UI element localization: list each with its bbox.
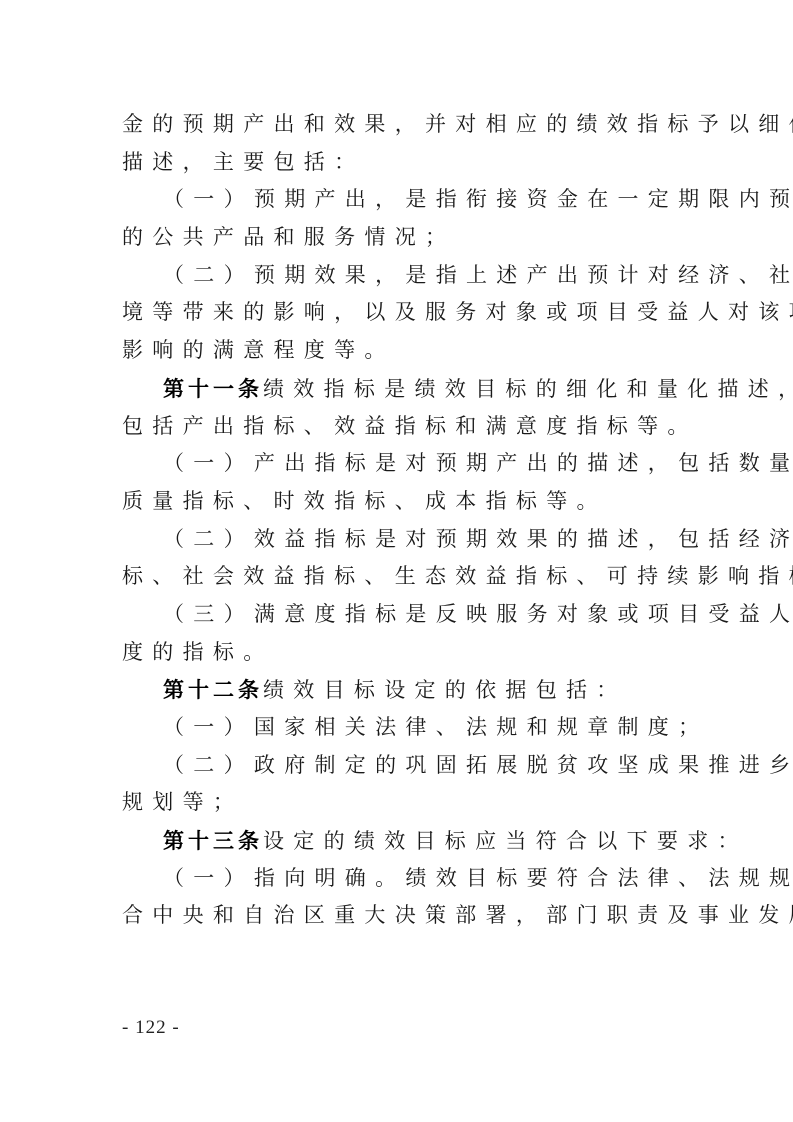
text-line: 标、社会效益指标、生态效益指标、可持续影响指标等。 — [122, 558, 682, 596]
text-line: 质量指标、时效指标、成本指标等。 — [122, 483, 682, 521]
article-heading-11: 第十一条绩效指标是绩效目标的细化和量化描述，主要 — [122, 370, 682, 408]
text-line: （一）国家相关法律、法规和规章制度； — [122, 709, 682, 747]
text-line: （一）预期产出，是指衔接资金在一定期限内预期提供 — [122, 181, 682, 219]
text-line: （二）政府制定的巩固拓展脱贫攻坚成果推进乡村振兴 — [122, 747, 682, 785]
text-line: 影响的满意程度等。 — [122, 332, 682, 370]
text-line: 金的预期产出和效果，并对相应的绩效指标予以细化、量化 — [122, 106, 682, 144]
article-number: 第十一条 — [163, 376, 263, 401]
text-line: （一）产出指标是对预期产出的描述，包括数量指标、 — [122, 445, 682, 483]
text-line: 度的指标。 — [122, 634, 682, 672]
text-line: （二）预期效果，是指上述产出预计对经济、社会、环 — [122, 257, 682, 295]
text-line: （二）效益指标是对预期效果的描述，包括经济效益指 — [122, 521, 682, 559]
page-number: - 122 - — [122, 1017, 180, 1039]
body-text: 金的预期产出和效果，并对相应的绩效指标予以细化、量化 描述，主要包括： （一）预… — [122, 106, 682, 935]
text-line: 描述，主要包括： — [122, 144, 682, 182]
text-line: 合中央和自治区重大决策部署，部门职责及事业发展规划等 — [122, 897, 682, 935]
text-line: 规划等； — [122, 784, 682, 822]
document-page: 金的预期产出和效果，并对相应的绩效指标予以细化、量化 描述，主要包括： （一）预… — [0, 0, 793, 1122]
article-number: 第十三条 — [163, 828, 263, 853]
article-heading-12: 第十二条绩效目标设定的依据包括： — [122, 671, 682, 709]
text-line: 的公共产品和服务情况； — [122, 219, 682, 257]
article-number: 第十二条 — [163, 677, 263, 702]
text-line: 境等带来的影响，以及服务对象或项目受益人对该项产出和 — [122, 294, 682, 332]
text-line: （一）指向明确。绩效目标要符合法律、法规规定，符 — [122, 860, 682, 898]
text-line: （三）满意度指标是反映服务对象或项目受益人认可程 — [122, 596, 682, 634]
text-line: 包括产出指标、效益指标和满意度指标等。 — [122, 408, 682, 446]
article-heading-13: 第十三条设定的绩效目标应当符合以下要求： — [122, 822, 682, 860]
